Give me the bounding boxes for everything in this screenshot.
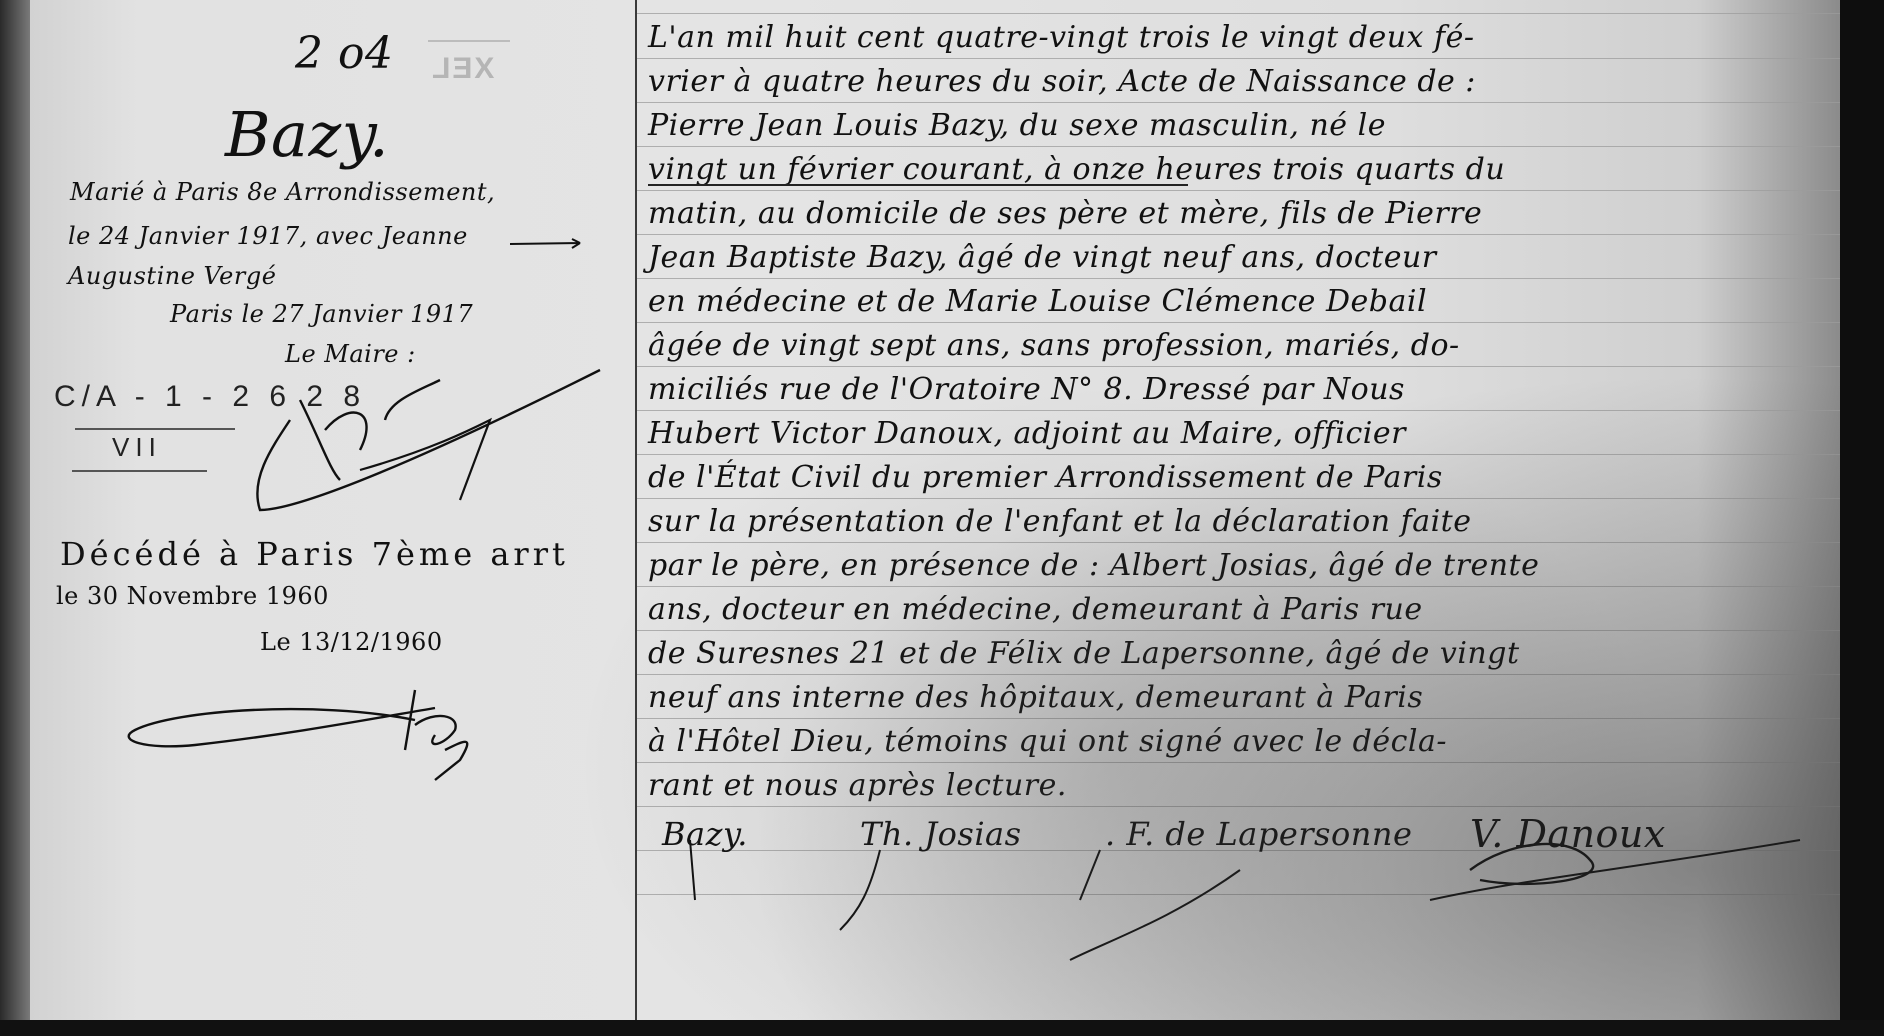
ruled-line	[635, 586, 1842, 587]
marriage-note-line: Paris le 27 Janvier 1917	[170, 300, 473, 328]
tex-stamp: XEL	[430, 52, 494, 86]
body-line-9: miciliés rue de l'Oratoire N° 8. Dressé …	[648, 372, 1405, 407]
body-line-3: Pierre Jean Louis Bazy, du sexe masculin…	[648, 108, 1386, 143]
ruled-line	[635, 762, 1842, 763]
act-number: 2 o4	[295, 28, 393, 79]
ruled-line	[635, 542, 1842, 543]
body-line-4: vingt un février courant, à onze heures …	[648, 152, 1505, 187]
ruled-line	[635, 806, 1842, 807]
body-line-11: de l'État Civil du premier Arrondissemen…	[648, 460, 1443, 495]
ruled-line	[635, 630, 1842, 631]
death-note-line: Le 13/12/1960	[260, 628, 443, 656]
death-note-line: le 30 Novembre 1960	[56, 582, 329, 610]
signature-flourishes-icon	[670, 830, 1842, 980]
stamp-underline	[75, 428, 235, 430]
ruled-line	[635, 58, 1842, 59]
body-line-15: de Suresnes 21 et de Félix de Lapersonne…	[648, 636, 1520, 671]
ruled-line	[635, 498, 1842, 499]
body-line-5: matin, au domicile de ses père et mère, …	[648, 196, 1482, 231]
body-line-7: en médecine et de Marie Louise Clémence …	[648, 284, 1427, 319]
ruled-line	[635, 322, 1842, 323]
body-line-1: L'an mil huit cent quatre-vingt trois le…	[648, 20, 1475, 55]
body-line-10: Hubert Victor Danoux, adjoint au Maire, …	[648, 416, 1406, 451]
body-line-17: à l'Hôtel Dieu, témoins qui ont signé av…	[648, 724, 1447, 759]
body-line-2: vrier à quatre heures du soir, Acte de N…	[648, 64, 1476, 99]
ruled-line	[635, 410, 1842, 411]
birth-date-underline	[648, 184, 1188, 186]
ruled-line	[635, 366, 1842, 367]
ruled-line	[635, 674, 1842, 675]
marriage-note-line: Marié à Paris 8e Arrondissement,	[70, 178, 495, 206]
ruled-line	[635, 146, 1842, 147]
volume-number: VII	[112, 432, 162, 463]
body-line-13: par le père, en présence de : Albert Jos…	[648, 548, 1539, 583]
surname-heading: Bazy.	[225, 98, 389, 171]
body-line-12: sur la présentation de l'enfant et la dé…	[648, 504, 1472, 539]
ruled-line	[635, 13, 1842, 14]
body-line-18: rant et nous après lecture.	[648, 768, 1067, 803]
ruled-line	[635, 234, 1842, 235]
death-note-line: Décédé à Paris 7ème arrt	[60, 535, 569, 573]
body-line-16: neuf ans interne des hôpitaux, demeurant…	[648, 680, 1423, 715]
body-line-6: Jean Baptiste Bazy, âgé de vingt neuf an…	[648, 240, 1437, 275]
ruled-line	[635, 454, 1842, 455]
continuation-arrow-icon	[510, 238, 590, 250]
scan-left-edge	[0, 0, 30, 1036]
death-note-signature-icon	[115, 680, 495, 800]
ruled-line	[635, 718, 1842, 719]
stamp-bar	[428, 40, 510, 42]
ruled-line	[635, 190, 1842, 191]
column-divider	[635, 0, 637, 1020]
marriage-note-line: Augustine Vergé	[68, 262, 276, 290]
ruled-line	[635, 102, 1842, 103]
marriage-note-line: le 24 Janvier 1917, avec Jeanne	[68, 222, 468, 250]
mayor-signature-icon	[230, 360, 610, 520]
register-page: 2 o4 XEL Bazy. Marié à Paris 8e Arrondis…	[30, 0, 1842, 1020]
body-line-8: âgée de vingt sept ans, sans profession,…	[648, 328, 1460, 363]
body-line-14: ans, docteur en médecine, demeurant à Pa…	[648, 592, 1423, 627]
ruled-line	[635, 278, 1842, 279]
stamp-underline	[72, 470, 207, 472]
scan-right-edge	[1840, 0, 1884, 1036]
scan-bottom-edge	[0, 1020, 1884, 1036]
